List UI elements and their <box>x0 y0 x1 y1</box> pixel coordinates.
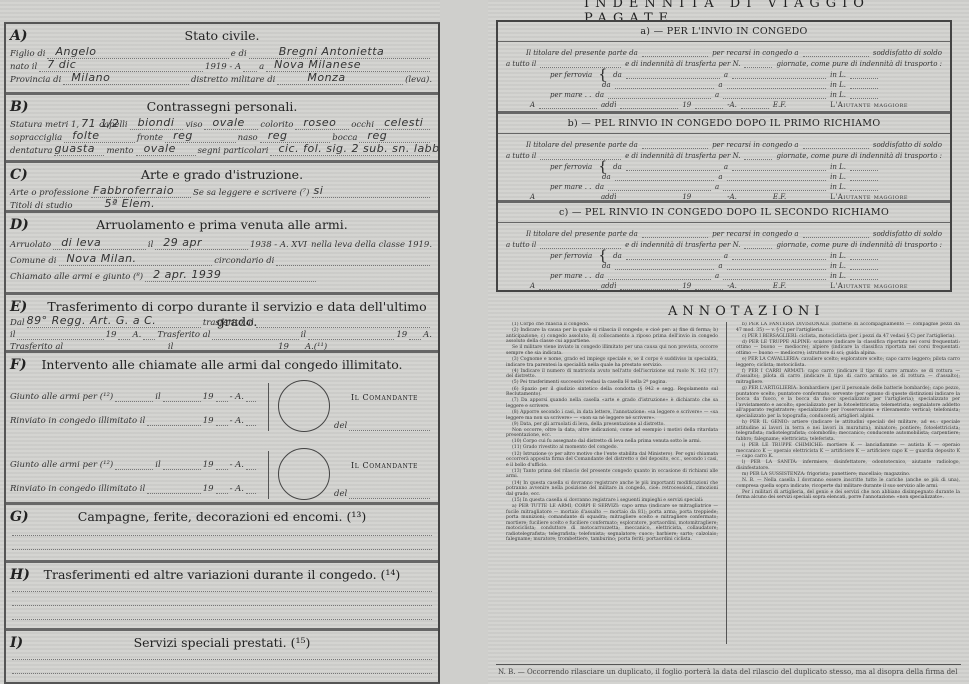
indennita-field[interactable] <box>642 48 708 57</box>
row-del-2: del <box>334 486 432 499</box>
field-del-1[interactable] <box>349 418 430 431</box>
indennita-row: Il titolare del presente parte daper rec… <box>524 140 944 149</box>
indennita-field[interactable] <box>540 151 621 160</box>
indennita-row: Il titolare del presente parte daper rec… <box>524 229 944 238</box>
annotation-note: Se il militare viene inviato in congedo … <box>506 345 718 356</box>
indennita-field[interactable] <box>741 100 769 109</box>
annotation-note: (5) Pei trasferimenti successivi vedasi … <box>506 380 718 386</box>
field-rinviato-2[interactable] <box>147 481 201 494</box>
section-title: Contrassegni personali. <box>6 99 438 114</box>
indennita-field[interactable] <box>540 59 621 68</box>
indennita-field[interactable] <box>626 70 720 79</box>
nb-rule <box>496 664 961 665</box>
annotation-note: a) PER TUTTE LE ARMI, CORPI E SERVIZI: c… <box>506 504 718 543</box>
indennita-field[interactable] <box>723 90 826 99</box>
row-giunto-1: Giunto alle armi per (¹²) il 19 - A. <box>10 389 258 402</box>
brace <box>268 383 273 431</box>
field-luogo-nascita[interactable]: Nova Milanese <box>266 59 430 72</box>
brace: { <box>598 163 607 171</box>
annotation-note: (12) Istruzione (o per altro motivo che … <box>506 452 718 469</box>
indennita-section-title: c) — PEL RINVIO IN CONGEDO DOPO IL SECON… <box>498 207 950 218</box>
annotazioni-title: ANNOTAZIONI <box>668 304 824 319</box>
row-arte: Arte o professione Fabbroferraio Se sa l… <box>10 185 432 198</box>
annotation-note: (3) Cognome e nome, grado ed impiego spe… <box>506 357 718 368</box>
indennita-row: daain L. <box>600 80 880 89</box>
indennita-field[interactable] <box>539 100 597 109</box>
comandante-label: Il Comandante <box>351 393 418 402</box>
indennita-field[interactable] <box>615 172 715 181</box>
annotation-note: (13) Tanto prima del rilascio del presen… <box>506 469 718 480</box>
annotation-note: (14) In questa casella si dovranno regis… <box>506 481 718 498</box>
section-title: Servizi speciali prestati. (¹⁵) <box>6 635 438 650</box>
annotation-note: (9) Data, per gli arruolati di leva, del… <box>506 422 718 428</box>
indennita-field[interactable] <box>850 80 878 89</box>
left-page: A) Stato civile. Figlio di Angelo e di B… <box>0 0 480 684</box>
indennita-field[interactable] <box>803 229 869 238</box>
field-colorito[interactable]: roseo <box>295 117 349 130</box>
section-h-variazioni: H) Trasferimenti ed altre variazioni dur… <box>6 560 438 631</box>
blank-line[interactable] <box>12 673 432 674</box>
annotation-note: h) PER IL GENIO: artiere (indicare le at… <box>736 420 960 442</box>
field-provincia[interactable]: Milano <box>63 72 189 85</box>
indennita-row: daain L. <box>600 172 880 181</box>
section-title: Arruolamento e prima venuta alle armi. <box>6 217 438 232</box>
indennita-row: a tutto ile di indennità di trasferta pe… <box>504 59 944 68</box>
field-comune[interactable]: Nova Milan. <box>59 253 213 266</box>
field-segni-particolari[interactable]: cic. fol. sig. 2 sub. sn. labbro <box>270 143 430 156</box>
divider <box>498 133 950 134</box>
annotation-note: c) PER I BERSAGLIERI: ciclista, motocicl… <box>736 334 960 340</box>
annotation-note: Per i militari di artiglieria, del genio… <box>736 490 960 501</box>
indennita-field[interactable] <box>850 182 878 191</box>
field-del-2[interactable] <box>349 486 430 499</box>
indennita-row: Il titolare del presente parte daper rec… <box>524 48 944 57</box>
row-giunto-2: Giunto alle armi per (¹²) il 19 - A. <box>10 457 258 470</box>
row-arruolato: Arruolato di leva il 29 apr 1938 - A. XV… <box>10 237 432 250</box>
right-page: INDENNITÀ DI VIAGGIO PAGATE a) — PER L'I… <box>488 0 969 684</box>
section-i-servizi: I) Servizi speciali prestati. (¹⁵) <box>6 628 438 683</box>
annotation-note: f) PER I CARRI ARMATI: capo carro (indic… <box>736 369 960 386</box>
annotazioni-right-column: b) PER LA FANTERIA DIVISIONALE (batterie… <box>736 322 960 652</box>
indennita-field[interactable] <box>695 281 723 290</box>
indennita-field[interactable] <box>803 48 869 57</box>
annotation-note: e) PER LA CAVALLERIA: cavaliere scelto; … <box>736 357 960 368</box>
indennita-field[interactable] <box>642 229 708 238</box>
stamp-circle <box>278 380 330 432</box>
annotazioni-left-column: (1) Corpo che rilascia il congedo.(2) In… <box>506 322 718 652</box>
section-letter: E) <box>10 299 27 315</box>
indennita-field[interactable] <box>626 162 720 171</box>
indennita-field[interactable] <box>723 271 826 280</box>
indennita-field[interactable] <box>608 90 711 99</box>
field-giunto-2[interactable] <box>115 457 153 470</box>
section-a-stato-civile: A) Stato civile. Figlio di Angelo e di B… <box>6 24 438 92</box>
indennita-row: Aaddì19-A.E.F.L'Aiutante maggiore <box>528 100 910 109</box>
brace: { <box>598 71 607 79</box>
field-circondario[interactable] <box>276 253 430 266</box>
section-c-istruzione: C) Arte e grado d'istruzione. Arte o pro… <box>6 160 438 213</box>
indennita-field[interactable] <box>741 281 769 290</box>
indennita-field[interactable] <box>850 172 878 181</box>
row-chiamato: Chiamato alle armi e giunto (⁸) 2 apr. 1… <box>10 269 318 282</box>
row-rinviato-2: Rinviato in congedo illimitato il 19 - A… <box>10 481 258 494</box>
indennita-field[interactable] <box>744 240 772 249</box>
indennita-field[interactable] <box>732 162 826 171</box>
indennita-field[interactable] <box>615 261 715 270</box>
annotation-note: i) PER LE TRUPPE CHIMICHE: mortiere K — … <box>736 443 960 460</box>
indennita-row: Aaddì19-A.E.F.L'Aiutante maggiore <box>528 281 910 290</box>
annotation-note: N. B. — Nella casella I dovranno essere … <box>736 478 960 489</box>
indennita-field[interactable] <box>850 251 878 260</box>
annotation-note: (4) Indicare il numero di matricola avut… <box>506 369 718 380</box>
comandante-label: Il Comandante <box>351 461 418 470</box>
field-leggere-scrivere[interactable]: si <box>312 185 431 198</box>
indennita-section-title: a) — PER L'INVIO IN CONGEDO <box>498 26 950 37</box>
annotation-note: (6) Spazio per il giudizio sintetico del… <box>506 387 718 398</box>
field-chiamato-giunto[interactable]: 2 apr. 1939 <box>145 269 316 282</box>
row-dentatura: dentatura guasta mento ovale segni parti… <box>10 143 432 156</box>
indennita-section-title: b) — PEL RINVIO IN CONGEDO DOPO IL PRIMO… <box>498 118 950 129</box>
indennita-field[interactable] <box>540 240 621 249</box>
annotation-note: (15) In questa casella si dovranno regis… <box>506 498 718 504</box>
field-arruolato-data[interactable]: 29 apr <box>155 237 248 250</box>
indennita-box: a) — PER L'INVIO IN CONGEDOIl titolare d… <box>496 20 952 292</box>
annotation-note: (2) Indicare la causa per la quale si ri… <box>506 328 718 345</box>
indennita-field[interactable] <box>727 80 827 89</box>
section-e-trasferimento: E) Trasferimento di corpo durante il ser… <box>6 292 438 353</box>
brace <box>268 451 273 499</box>
blank-line[interactable] <box>12 535 432 536</box>
annotation-note: (1) Corpo che rilascia il congedo. <box>506 322 718 328</box>
stamp-circle <box>278 448 330 500</box>
indennita-field[interactable] <box>608 271 711 280</box>
row-rinviato-1: Rinviato in congedo illimitato il 19 - A… <box>10 413 258 426</box>
annotation-note: (11) Grado rivestito al momento del cong… <box>506 445 718 451</box>
indennita-field[interactable] <box>727 172 827 181</box>
annotation-note: b) PER LA FANTERIA DIVISIONALE (batterie… <box>736 322 960 333</box>
indennita-field[interactable] <box>850 261 878 270</box>
annotation-note: (8) Apporre secondo i casi, in data lett… <box>506 410 718 421</box>
indennita-row: per ferrovia{daain L. <box>548 70 880 79</box>
section-title: Campagne, ferite, decorazioni ed encomi.… <box>6 509 438 524</box>
field-viso[interactable]: ovale <box>204 117 258 130</box>
foglio-congedo-form: A) Stato civile. Figlio di Angelo e di B… <box>4 22 441 684</box>
blank-line[interactable] <box>12 591 432 592</box>
indennita-field[interactable] <box>744 59 772 68</box>
indennita-row: per mare . .daain L. <box>548 271 880 280</box>
row-comune: Comune di Nova Milan. circondario di <box>10 253 432 266</box>
annotation-note: g) PER L'ARTIGLIERIA: bombardiere (per i… <box>736 386 960 420</box>
indennita-field[interactable] <box>723 182 826 191</box>
indennita-field[interactable] <box>608 182 711 191</box>
indennita-field[interactable] <box>620 281 678 290</box>
row-provincia: Provincia di Milano distretto militare d… <box>10 72 432 85</box>
section-g-campagne: G) Campagne, ferite, decorazioni ed enco… <box>6 502 438 563</box>
annotation-note: d) PER LE TRUPPE ALPINE: sciatore (indic… <box>736 340 960 357</box>
section-title: Trasferimenti ed altre variazioni durant… <box>6 567 438 582</box>
field-giunto-1[interactable] <box>115 389 153 402</box>
divider <box>498 41 950 42</box>
indennita-row: daain L. <box>600 261 880 270</box>
field-rinviato-1[interactable] <box>147 413 201 426</box>
indennita-row: per mare . .daain L. <box>548 90 880 99</box>
field-mento[interactable]: ovale <box>136 143 196 156</box>
indennita-row: per mare . .daain L. <box>548 182 880 191</box>
indennita-row: per ferrovia{daain L. <box>548 162 880 171</box>
indennita-field[interactable] <box>539 281 597 290</box>
annotation-note: l) PER LA SANITÀ: infermiere, disinfetta… <box>736 460 960 471</box>
nb-footer: N. B. — Occorrendo rilasciare un duplica… <box>498 668 961 676</box>
indennita-field[interactable] <box>732 70 826 79</box>
indennita-field[interactable] <box>727 261 827 270</box>
indennita-row: per ferrovia{daain L. <box>548 251 880 260</box>
row-del-1: del <box>334 418 432 431</box>
blank-line[interactable] <box>12 549 432 550</box>
indennita-field[interactable] <box>732 251 826 260</box>
indennita-section: b) — PEL RINVIO IN CONGEDO DOPO IL PRIMO… <box>498 111 950 203</box>
indennita-field[interactable] <box>642 140 708 149</box>
annotation-note: (7) Da apporsi quando nella casella «art… <box>506 398 718 409</box>
annotation-note: Non occorre, oltre la data, altre indica… <box>506 428 718 439</box>
blank-line[interactable] <box>12 605 432 606</box>
indennita-row: a tutto ile di indennità di trasferta pe… <box>504 151 944 160</box>
annotation-note: m) PER LA SUSSISTENZA: frigorista; panet… <box>736 472 960 478</box>
blank-line[interactable] <box>12 659 432 660</box>
field-arruolato[interactable]: di leva <box>53 237 146 250</box>
indennita-field[interactable] <box>850 271 878 280</box>
section-title: Stato civile. <box>6 28 438 43</box>
indennita-field[interactable] <box>695 100 723 109</box>
section-b-contrassegni: B) Contrassegni personali. Statura metri… <box>6 92 438 163</box>
indennita-row: a tutto ile di indennità di trasferta pe… <box>504 240 944 249</box>
divider <box>498 222 950 223</box>
section-d-arruolamento: D) Arruolamento e prima venuta alle armi… <box>6 210 438 295</box>
blank-line[interactable] <box>12 619 432 620</box>
indennita-field[interactable] <box>803 140 869 149</box>
field-nato-il[interactable]: 7 dic <box>39 59 203 72</box>
indennita-section: a) — PER L'INVIO IN CONGEDOIl titolare d… <box>498 22 950 111</box>
indennita-field[interactable] <box>850 162 878 171</box>
indennita-field[interactable] <box>620 100 678 109</box>
section-title: Arte e grado d'istruzione. <box>6 167 438 182</box>
field-distretto[interactable]: Monza <box>277 72 403 85</box>
indennita-field[interactable] <box>850 70 878 79</box>
indennita-field[interactable] <box>850 90 878 99</box>
brace: { <box>598 252 607 260</box>
indennita-field[interactable] <box>744 151 772 160</box>
column-divider <box>726 322 727 644</box>
field-dentatura[interactable]: guasta <box>54 143 104 156</box>
section-f-chiamate: F) Intervento alle chiamate alle armi da… <box>6 350 438 505</box>
indennita-section: c) — PEL RINVIO IN CONGEDO DOPO IL SECON… <box>498 200 950 292</box>
indennita-field[interactable] <box>626 251 720 260</box>
indennita-field[interactable] <box>615 80 715 89</box>
section-title: Intervento alle chiamate alle armi dal c… <box>6 357 438 372</box>
